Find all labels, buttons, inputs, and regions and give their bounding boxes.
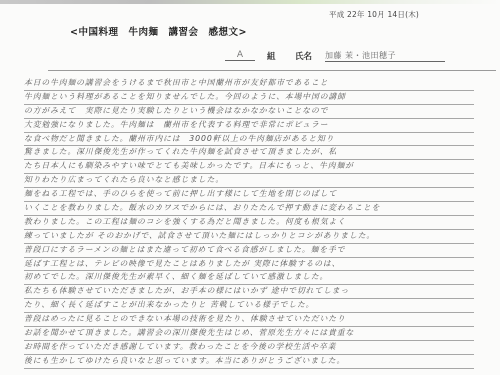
- essay-line: 私たちも体験させていただきましたが、お手本の様にはいかず 途中で切れてしまっ: [24, 285, 474, 299]
- essay-line: 麺をねる工程では、手のひらを使って前に押し出す様にして生地を閉じのばして: [24, 188, 474, 202]
- scan-edge: [0, 0, 500, 4]
- essay-line: 普段口にするラーメンの麺とはまた違って初めて食べる食感がしました。麺を手で: [24, 244, 474, 258]
- essay-line: 普段はめったに見ることのできない本場の技術を見たり、体験させていただいたり: [24, 313, 474, 327]
- essay-line: たち日本人にも馴染みやすい味でとても美味しかったです。日本にもっと、牛肉麺が: [24, 160, 474, 174]
- group-field: A: [225, 50, 255, 61]
- essay-line: 教わりました。この工程は麺のコシを強くする為だと聞きました。何度も根気よく: [24, 216, 474, 230]
- essay-line: の方がみえて 実際に見たり実験したりという機会はなかなかないことなので: [24, 105, 474, 119]
- essay-line: 知りわたり広まってくれたら良いなと感じました。: [24, 174, 474, 188]
- essay-line: 大変勉強になりました。牛肉麺は 蘭州市を代表する料理で非常にポピュラー: [24, 119, 474, 133]
- essay-line-empty: [24, 369, 474, 375]
- essay-line: 延ばす工程とは、テレビの映像で見たことはありましたが 実際に体験するのは、: [24, 258, 474, 272]
- essay-line: な食べ物だと聞きました。蘭州市内には 3000軒以上の牛肉麺店があると知り: [24, 133, 474, 147]
- group-label: 組: [267, 50, 276, 62]
- essay-line: お話を聞かせて頂きました。講習会の深川傑俊先生はじめ、菅原先生方々には貴重な: [24, 327, 474, 341]
- name-row: A 組 氏名 加藤 茉・池田穂子: [215, 50, 500, 64]
- essay-line: 牛肉麺という料理があることを知りませんでした。今回のように、本場中国の講師: [24, 91, 474, 105]
- essay-line: お時間を作っていただき感謝しています。教わったことを今後の学校生活や卒業: [24, 341, 474, 355]
- essay-line: 初めてでした。深川傑俊先生が素早く、細く麺を延ばしていて感激しました。: [24, 271, 474, 285]
- divider: [48, 70, 496, 71]
- essay-line: 後にも生かしてゆけたら良いなと思っています。本当にありがとうございました。: [24, 355, 474, 369]
- document-date: 平成 22年 10月 14日(木): [329, 9, 419, 20]
- essay-line: たり、細く長く延ばすことが出来なかったりと 苦戦している様子でした。: [24, 299, 474, 313]
- essay-line: いくことを教わりました。飯水のカワスでからには、おりたたんで押す動きに変わること…: [24, 202, 474, 216]
- document-title: <中国料理 牛肉麺 講習会 感想文>: [70, 24, 247, 38]
- essay-body: 本日の牛肉麺の講習会をうけるまで秋田市と中国蘭州市が友好都市であること 牛肉麺と…: [24, 77, 474, 375]
- name-label: 氏名: [295, 50, 312, 62]
- essay-line: 練っていましたが そのおかげで、試食させて頂いた麺にはしっかりとコシがありました…: [24, 230, 474, 244]
- essay-line: 本日の牛肉麺の講習会をうけるまで秋田市と中国蘭州市が友好都市であること: [24, 77, 474, 91]
- essay-line: 驚きました。深川傑俊先生が作ってくれた牛肉麺を試食させて頂きましたが、私: [24, 146, 474, 160]
- name-field: 加藤 茉・池田穂子: [325, 50, 445, 62]
